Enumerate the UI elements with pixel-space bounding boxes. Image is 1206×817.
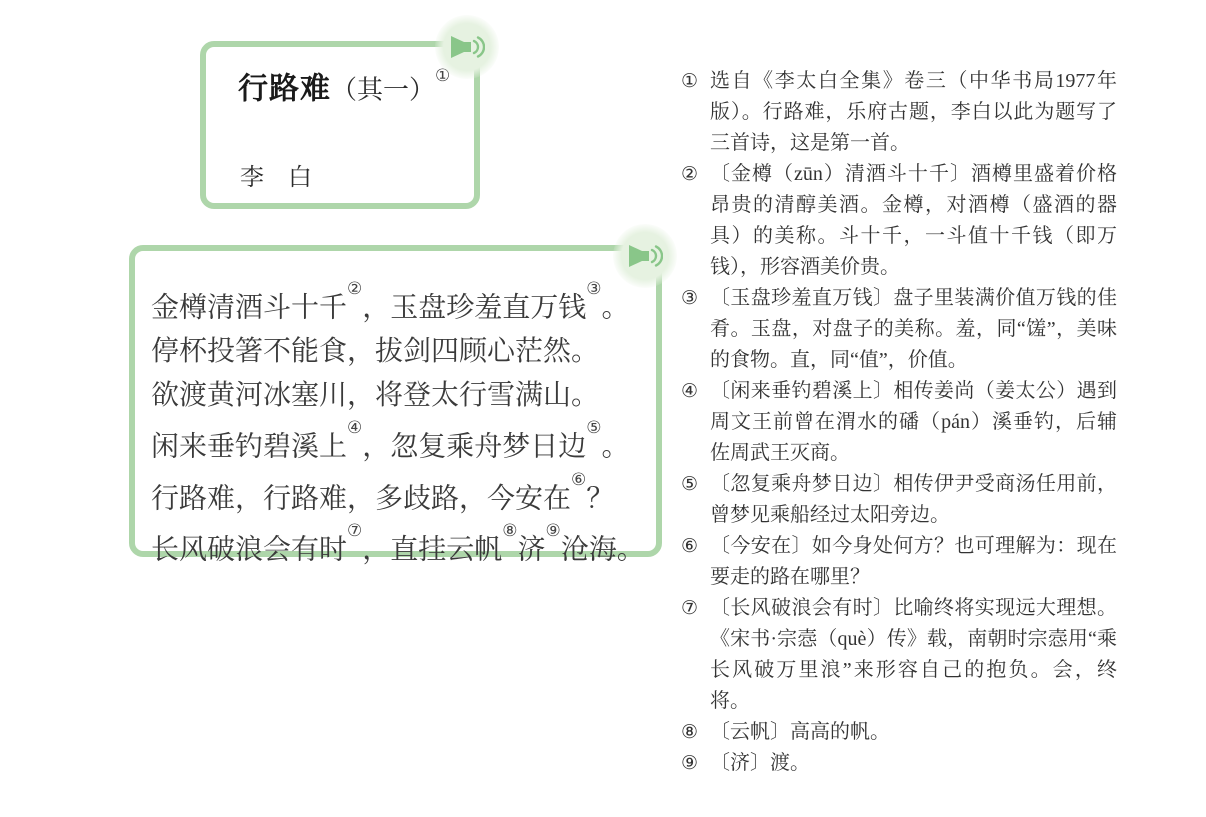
annotation-item: ④〔闲来垂钓碧溪上〕相传姜尚（姜太公）遇到周文王前曾在渭水的磻（pán）溪垂钓，… — [681, 376, 1117, 469]
annotation-number: ⑨ — [681, 748, 710, 779]
annotation-item: ⑦〔长风破浪会有时〕比喻终将实现远大理想。《宋书·宗悫（què）传》载，南朝时宗… — [681, 593, 1117, 717]
annotation-text: 选自《李太白全集》卷三（中华书局1977年版）。行路难，乐府古题，李白以此为题写… — [710, 66, 1117, 159]
poem-line: 行路难，行路难，多歧路，今安在⑥？ — [151, 470, 650, 521]
annotation-text: 〔金樽（zūn）清酒斗十千〕酒樽里盛着价格昂贵的清醇美酒。金樽，对酒樽（盛酒的器… — [710, 159, 1117, 283]
annotation-number: ⑧ — [681, 717, 710, 748]
poem-line: 停杯投箸不能食，拔剑四顾心茫然。 — [151, 330, 650, 374]
poem-author: 李 白 — [240, 163, 474, 193]
annotation-item: ③〔玉盘珍羞直万钱〕盘子里装满价值万钱的佳肴。玉盘，对盘子的美称。羞，同“馐”，… — [681, 283, 1117, 376]
textbook-page: 行路难（其一）① 李 白 金樽清酒斗十千②，玉盘珍羞直万钱③。停杯投箸不能食，拔… — [0, 0, 1206, 817]
annotation-number: ③ — [681, 283, 710, 376]
poem-title-main: 行路难 — [238, 72, 331, 105]
annotation-text: 〔玉盘珍羞直万钱〕盘子里装满价值万钱的佳肴。玉盘，对盘子的美称。羞，同“馐”，美… — [710, 283, 1117, 376]
annotation-text: 〔忽复乘舟梦日边〕相传伊尹受商汤任用前，曾梦见乘船经过太阳旁边。 — [710, 469, 1117, 531]
annotation-text: 〔云帆〕高高的帆。 — [710, 717, 1117, 748]
poem-line: 金樽清酒斗十千②，玉盘珍羞直万钱③。 — [151, 279, 650, 330]
annotation-number: ⑤ — [681, 469, 710, 531]
speaker-glyph — [449, 32, 485, 62]
annotation-item: ⑤〔忽复乘舟梦日边〕相传伊尹受商汤任用前，曾梦见乘船经过太阳旁边。 — [681, 469, 1117, 531]
poem-line: 欲渡黄河冰塞川，将登太行雪满山。 — [151, 374, 650, 418]
poem-line: 长风破浪会有时⑦，直挂云帆⑧济⑨沧海。 — [151, 521, 650, 572]
poem-line: 闲来垂钓碧溪上④，忽复乘舟梦日边⑤。 — [151, 418, 650, 469]
annotation-item: ②〔金樽（zūn）清酒斗十千〕酒樽里盛着价格昂贵的清醇美酒。金樽，对酒樽（盛酒的… — [681, 159, 1117, 283]
speaker-glyph — [627, 241, 663, 271]
annotation-text: 〔长风破浪会有时〕比喻终将实现远大理想。《宋书·宗悫（què）传》载，南朝时宗悫… — [710, 593, 1117, 717]
annotation-item: ①选自《李太白全集》卷三（中华书局1977年版）。行路难，乐府古题，李白以此为题… — [681, 66, 1117, 159]
poem-title-subtitle: （其一） — [331, 75, 435, 104]
poem-title: 行路难（其一）① — [238, 70, 474, 111]
annotation-item: ⑥〔今安在〕如今身处何方？也可理解为：现在要走的路在哪里？ — [681, 531, 1117, 593]
annotation-number: ① — [681, 66, 710, 159]
annotation-text: 〔济〕渡。 — [710, 748, 1117, 779]
annotation-number: ② — [681, 159, 710, 283]
annotation-item: ⑨〔济〕渡。 — [681, 748, 1117, 779]
audio-speaker-icon[interactable] — [435, 15, 499, 79]
poem-card: 金樽清酒斗十千②，玉盘珍羞直万钱③。停杯投箸不能食，拔剑四顾心茫然。欲渡黄河冰塞… — [129, 245, 662, 557]
annotation-number: ④ — [681, 376, 710, 469]
annotation-number: ⑦ — [681, 593, 710, 717]
title-card: 行路难（其一）① 李 白 — [200, 41, 480, 209]
annotation-number: ⑥ — [681, 531, 710, 593]
annotation-item: ⑧〔云帆〕高高的帆。 — [681, 717, 1117, 748]
audio-speaker-icon[interactable] — [613, 224, 677, 288]
annotation-text: 〔今安在〕如今身处何方？也可理解为：现在要走的路在哪里？ — [710, 531, 1117, 593]
poem-text: 金樽清酒斗十千②，玉盘珍羞直万钱③。停杯投箸不能食，拔剑四顾心茫然。欲渡黄河冰塞… — [135, 251, 656, 572]
annotations-list: ①选自《李太白全集》卷三（中华书局1977年版）。行路难，乐府古题，李白以此为题… — [681, 66, 1117, 779]
annotation-text: 〔闲来垂钓碧溪上〕相传姜尚（姜太公）遇到周文王前曾在渭水的磻（pán）溪垂钓，后… — [710, 376, 1117, 469]
